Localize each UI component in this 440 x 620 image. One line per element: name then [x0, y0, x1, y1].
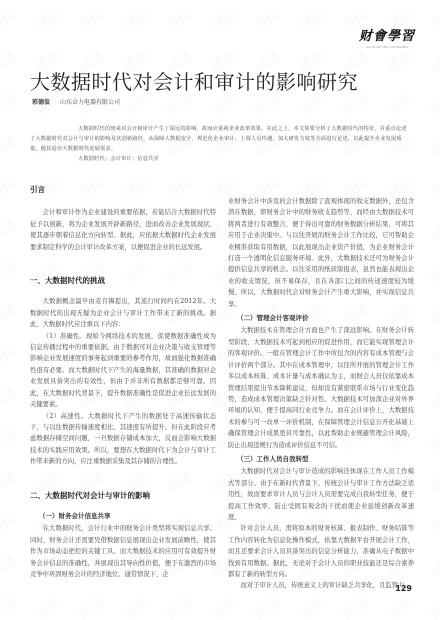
subsection3-paragraph-2: 针对会计人员，需将原本的财务核算、报表制作、财务结算等工作内容转化为信息化操作模… — [228, 523, 414, 580]
subsection2-paragraph: 大数据技术在管理会计方面也产生了深远影响。在财务会计转型阶段，大数据技术可起到相… — [228, 325, 414, 450]
section1-paragraph-3: （2）高速性。大数据时代下产生的数据处于高速传输状态下，与以往数据传输速度相比，… — [30, 411, 216, 468]
section2-heading: 二、大数据时代对会计与审计的影响 — [30, 490, 216, 501]
byline: 郭德玺 山东卓力电器有限公司 — [32, 97, 120, 106]
subsection3-paragraph-1: 大数据时代对会计与审计造成的影响还体现在工作人员工作模式等部分。由于在新时代背景… — [228, 466, 414, 523]
intro-paragraph: 会计和审计作为企业建设的重要依据，若能结合大数据时代特征予以创新，将为企业发展开… — [30, 207, 216, 253]
subsection2-heading: （二）管理会计客观评价 — [237, 313, 414, 324]
section1-paragraph-1: 大数据概念最早由麦肯锡提出，其流行时间约在2012年。大数据时代的出现无疑为企业… — [30, 296, 216, 330]
author-affiliation: 山东卓力电器有限公司 — [60, 99, 120, 106]
right-paragraph-1: 业财务会计中涉及的会计数据除了直观体现的收支数据外，还包含潜在数据，即财务会计中… — [228, 196, 414, 310]
subsection3-heading: （三）工作人员自我转型 — [237, 454, 414, 465]
intro-heading: 引言 — [30, 184, 216, 195]
logo-title: 财會學習 — [359, 25, 415, 44]
abstract-text: 大数据时代的到来对会计和审计产生了深远的影响，故而应重视企业改革效果。在此之上，… — [30, 124, 410, 154]
section1-heading: 一、大数据时代的挑战 — [30, 275, 216, 286]
abstract-block: 大数据时代的到来对会计和审计产生了深远的影响，故而应重视企业改革效果。在此之上，… — [30, 124, 410, 164]
keywords: 大数据时代；会计审计；信息共享 — [30, 154, 410, 164]
journal-logo: 财會學習 ACCOUNTING LEARNING — [359, 25, 415, 49]
section1-paragraph-2: （1）准确性。现如今网络技术的发展，促使数据准确性成为信息传播过程中的重要依据。… — [30, 331, 216, 411]
author-name: 郭德玺 — [32, 99, 50, 106]
subsection1-heading: （一）财务会计信息共享 — [39, 511, 216, 522]
logo-subtitle: ACCOUNTING LEARNING — [359, 45, 415, 49]
subsection3-paragraph-3: 而对于审计人员，传统意义上的审计缺乏共享化，且监管力 — [228, 580, 414, 591]
journal-page: 财會學習 ACCOUNTING LEARNING 大数据时代对会计和审计的影响研… — [0, 0, 440, 620]
page-number: 129 — [395, 584, 412, 593]
subsection1-paragraph: 在大数据时代，会计行业中的财务会计类型将实现信息共享。同时，财务会计还需要凭借数… — [30, 523, 216, 580]
left-column: 引言 会计和审计作为企业建设的重要依据，若能结合大数据时代特征予以创新，将为企业… — [30, 184, 216, 580]
right-column: 业财务会计中涉及的会计数据除了直观体现的收支数据外，还包含潜在数据，即财务会计中… — [228, 196, 414, 592]
article-title: 大数据时代对会计和审计的影响研究 — [30, 66, 358, 95]
